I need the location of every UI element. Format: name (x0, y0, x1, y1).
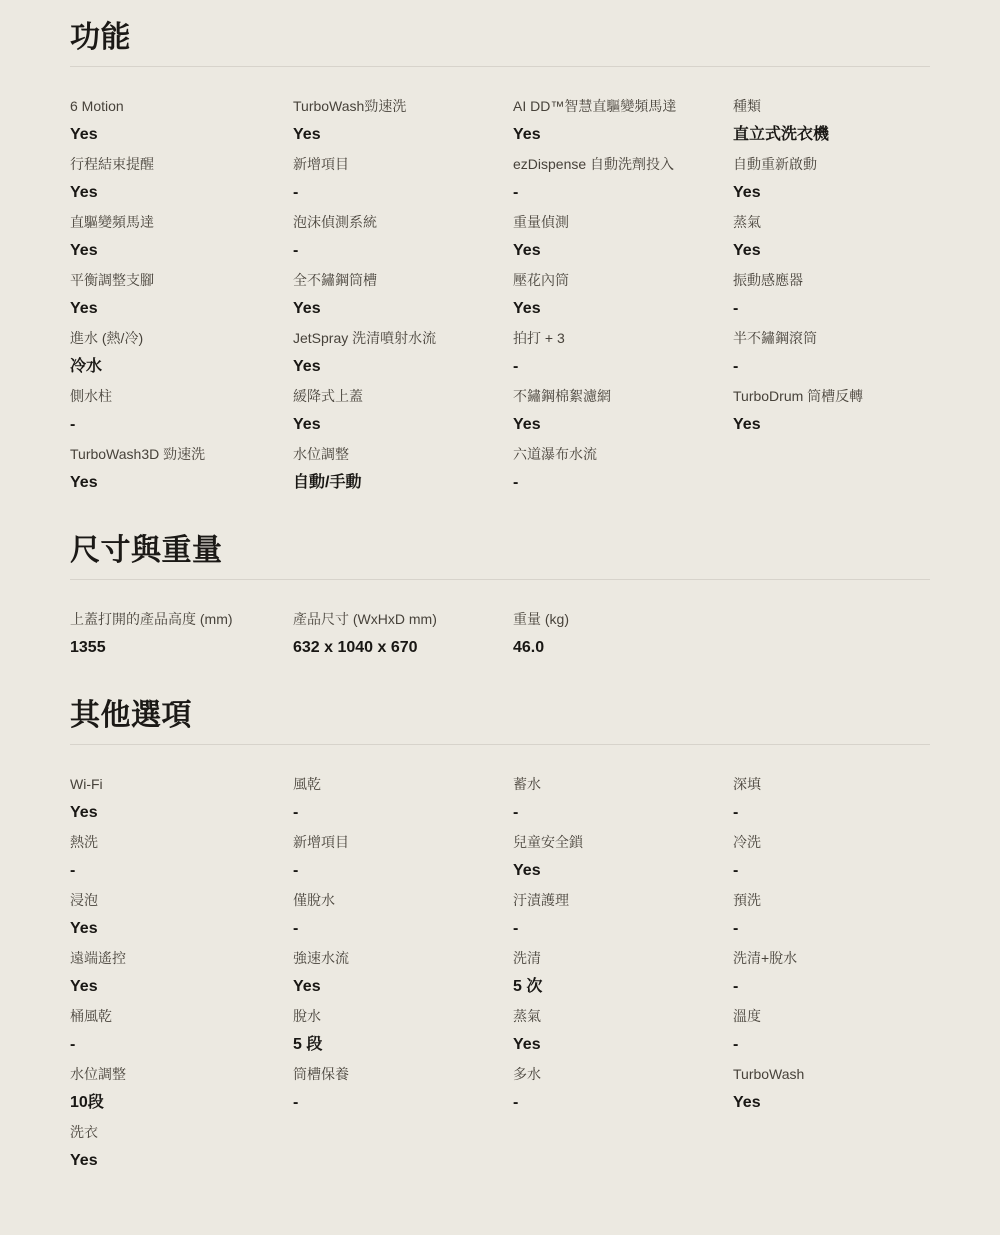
spec-value: - (293, 240, 495, 261)
section-divider (70, 744, 930, 745)
spec-cell: 深填 - (733, 775, 930, 823)
spec-value: Yes (70, 240, 275, 261)
spec-value: Yes (733, 182, 912, 203)
spec-value: - (733, 918, 912, 939)
spec-value: Yes (293, 976, 495, 997)
spec-value: Yes (293, 356, 495, 377)
spec-cell: 上蓋打開的產品高度 (mm) 1355 (70, 610, 293, 658)
spec-cell: 風乾 - (293, 775, 513, 823)
spec-value: Yes (513, 414, 715, 435)
spec-label: 緩降式上蓋 (293, 387, 495, 406)
spec-cell (513, 1123, 733, 1171)
spec-cell: 水位調整 10段 (70, 1065, 293, 1113)
spec-cell: 熱洗 - (70, 833, 293, 881)
spec-label: 新增項目 (293, 833, 495, 852)
spec-cell: 種類 直立式洗衣機 (733, 97, 930, 145)
spec-value: - (733, 298, 912, 319)
spec-label: 水位調整 (70, 1065, 275, 1084)
spec-value: - (733, 802, 912, 823)
spec-label: 產品尺寸 (WxHxD mm) (293, 610, 495, 629)
spec-cell: 壓花內筒 Yes (513, 271, 733, 319)
spec-cell: TurboDrum 筒槽反轉 Yes (733, 387, 930, 435)
spec-value: - (733, 860, 912, 881)
spec-cell: 拍打 + 3 - (513, 329, 733, 377)
spec-value: Yes (733, 240, 912, 261)
spec-cell: 蒸氣 Yes (733, 213, 930, 261)
spec-label: 深填 (733, 775, 912, 794)
spec-cell: 平衡調整支腳 Yes (70, 271, 293, 319)
spec-cell: 重量偵測 Yes (513, 213, 733, 261)
spec-cell: 行程結束提醒 Yes (70, 155, 293, 203)
spec-label: 冷洗 (733, 833, 912, 852)
spec-cell: TurboWash3D 勁速洗 Yes (70, 445, 293, 493)
spec-cell: 新增項目 - (293, 833, 513, 881)
spec-value: - (733, 1034, 912, 1055)
spec-value: - (293, 860, 495, 881)
spec-label: 泡沫偵測系統 (293, 213, 495, 232)
spec-section: 其他選項 Wi-Fi Yes 風乾 - 蓄水 - 深填 - 熱洗 - 新增項目 … (70, 698, 930, 1181)
spec-cell: 水位調整 自動/手動 (293, 445, 513, 493)
spec-cell: 洗清 5 次 (513, 949, 733, 997)
spec-value: - (513, 472, 715, 493)
spec-grid: Wi-Fi Yes 風乾 - 蓄水 - 深填 - 熱洗 - 新增項目 - 兒童安… (70, 775, 930, 1181)
spec-label: 蒸氣 (733, 213, 912, 232)
spec-value: Yes (70, 182, 275, 203)
spec-value: Yes (513, 240, 715, 261)
spec-label: 六道瀑布水流 (513, 445, 715, 464)
spec-section: 尺寸與重量 上蓋打開的產品高度 (mm) 1355 產品尺寸 (WxHxD mm… (70, 533, 930, 668)
spec-cell: 僅脫水 - (293, 891, 513, 939)
spec-cell: 筒槽保養 - (293, 1065, 513, 1113)
spec-label: 預洗 (733, 891, 912, 910)
spec-value: - (733, 976, 912, 997)
spec-label: 新增項目 (293, 155, 495, 174)
spec-cell: 新增項目 - (293, 155, 513, 203)
section-title: 功能 (70, 20, 930, 56)
spec-value: 5 次 (513, 976, 715, 997)
spec-label: 脫水 (293, 1007, 495, 1026)
spec-label: TurboWash勁速洗 (293, 97, 495, 116)
spec-cell: 浸泡 Yes (70, 891, 293, 939)
spec-label: 半不鏽鋼滾筒 (733, 329, 912, 348)
spec-label: 筒槽保養 (293, 1065, 495, 1084)
spec-cell: 洗清+脫水 - (733, 949, 930, 997)
spec-cell: 洗衣 Yes (70, 1123, 293, 1171)
spec-label: 壓花內筒 (513, 271, 715, 290)
spec-value: Yes (293, 124, 495, 145)
spec-value: Yes (293, 414, 495, 435)
spec-cell: 兒童安全鎖 Yes (513, 833, 733, 881)
section-divider (70, 579, 930, 580)
spec-value: - (293, 1092, 495, 1113)
spec-label: 熱洗 (70, 833, 275, 852)
spec-cell: 蓄水 - (513, 775, 733, 823)
spec-label: 僅脫水 (293, 891, 495, 910)
spec-value: 自動/手動 (293, 472, 495, 493)
spec-cell: 泡沫偵測系統 - (293, 213, 513, 261)
spec-value: Yes (513, 124, 715, 145)
spec-value: - (293, 182, 495, 203)
spec-label: JetSpray 洗清噴射水流 (293, 329, 495, 348)
spec-cell: 蒸氣 Yes (513, 1007, 733, 1055)
spec-label: 不鏽鋼棉絮濾網 (513, 387, 715, 406)
spec-value: Yes (70, 802, 275, 823)
spec-label: 多水 (513, 1065, 715, 1084)
spec-value: - (70, 1034, 275, 1055)
spec-cell: 自動重新啟動 Yes (733, 155, 930, 203)
spec-value: - (513, 1092, 715, 1113)
spec-cell: 半不鏽鋼滾筒 - (733, 329, 930, 377)
spec-cell: 桶風乾 - (70, 1007, 293, 1055)
spec-label: 洗衣 (70, 1123, 275, 1142)
spec-value: - (70, 860, 275, 881)
spec-label: 拍打 + 3 (513, 329, 715, 348)
spec-label: 側水柱 (70, 387, 275, 406)
spec-cell (733, 1123, 930, 1171)
spec-cell (293, 1123, 513, 1171)
spec-cell: TurboWash Yes (733, 1065, 930, 1113)
spec-label: 自動重新啟動 (733, 155, 912, 174)
spec-label: 上蓋打開的產品高度 (mm) (70, 610, 275, 629)
spec-value: - (513, 182, 715, 203)
spec-cell: 進水 (熱/冷) 冷水 (70, 329, 293, 377)
spec-value: Yes (513, 298, 715, 319)
spec-value: Yes (733, 414, 912, 435)
spec-value: Yes (70, 918, 275, 939)
spec-label: 溫度 (733, 1007, 912, 1026)
spec-label: TurboDrum 筒槽反轉 (733, 387, 912, 406)
spec-section: 功能 6 Motion Yes TurboWash勁速洗 Yes AI DD™智… (70, 20, 930, 503)
spec-value: Yes (733, 1092, 912, 1113)
spec-value: 直立式洗衣機 (733, 124, 912, 145)
spec-sections-container: 功能 6 Motion Yes TurboWash勁速洗 Yes AI DD™智… (70, 20, 930, 1181)
spec-label: 種類 (733, 97, 912, 116)
spec-cell: 多水 - (513, 1065, 733, 1113)
spec-value: 632 x 1040 x 670 (293, 637, 495, 658)
spec-value: 5 段 (293, 1034, 495, 1055)
spec-cell: 溫度 - (733, 1007, 930, 1055)
spec-cell (733, 445, 930, 493)
spec-cell: 冷洗 - (733, 833, 930, 881)
spec-value: - (293, 802, 495, 823)
spec-cell: Wi-Fi Yes (70, 775, 293, 823)
spec-label: 兒童安全鎖 (513, 833, 715, 852)
spec-cell: 重量 (kg) 46.0 (513, 610, 733, 658)
spec-label: 重量 (kg) (513, 610, 715, 629)
spec-label: AI DD™智慧直驅變頻馬達 (513, 97, 715, 116)
spec-grid: 6 Motion Yes TurboWash勁速洗 Yes AI DD™智慧直驅… (70, 97, 930, 503)
spec-label: 蒸氣 (513, 1007, 715, 1026)
spec-value: Yes (70, 976, 275, 997)
spec-value: - (293, 918, 495, 939)
spec-value: - (513, 802, 715, 823)
spec-label: 平衡調整支腳 (70, 271, 275, 290)
spec-value: Yes (293, 298, 495, 319)
spec-label: 蓄水 (513, 775, 715, 794)
section-title: 其他選項 (70, 698, 930, 734)
spec-value: 冷水 (70, 356, 275, 377)
spec-cell: TurboWash勁速洗 Yes (293, 97, 513, 145)
spec-cell: 脫水 5 段 (293, 1007, 513, 1055)
spec-label: TurboWash (733, 1065, 912, 1084)
spec-value: Yes (513, 1034, 715, 1055)
spec-label: 6 Motion (70, 97, 275, 116)
spec-value: Yes (70, 298, 275, 319)
product-spec-page: 功能 6 Motion Yes TurboWash勁速洗 Yes AI DD™智… (0, 0, 1000, 1235)
spec-cell: 六道瀑布水流 - (513, 445, 733, 493)
spec-label: 進水 (熱/冷) (70, 329, 275, 348)
spec-value: - (513, 356, 715, 377)
spec-value: 1355 (70, 637, 275, 658)
spec-value: 10段 (70, 1092, 275, 1113)
spec-cell: 直驅變頻馬達 Yes (70, 213, 293, 261)
spec-cell: AI DD™智慧直驅變頻馬達 Yes (513, 97, 733, 145)
spec-label: 洗清 (513, 949, 715, 968)
spec-value: Yes (513, 860, 715, 881)
spec-cell: 緩降式上蓋 Yes (293, 387, 513, 435)
spec-cell: 遠端遙控 Yes (70, 949, 293, 997)
spec-cell (733, 610, 930, 658)
spec-cell: 全不鏽鋼筒槽 Yes (293, 271, 513, 319)
spec-label: 直驅變頻馬達 (70, 213, 275, 232)
spec-value: - (70, 414, 275, 435)
spec-label: ezDispense 自動洗劑投入 (513, 155, 715, 174)
spec-cell: 汙漬護理 - (513, 891, 733, 939)
spec-label: 振動感應器 (733, 271, 912, 290)
spec-value: Yes (70, 124, 275, 145)
spec-cell: JetSpray 洗清噴射水流 Yes (293, 329, 513, 377)
spec-grid: 上蓋打開的產品高度 (mm) 1355 產品尺寸 (WxHxD mm) 632 … (70, 610, 930, 668)
spec-value: - (513, 918, 715, 939)
section-divider (70, 66, 930, 67)
spec-label: 重量偵測 (513, 213, 715, 232)
spec-label: Wi-Fi (70, 775, 275, 794)
spec-label: 全不鏽鋼筒槽 (293, 271, 495, 290)
spec-cell: ezDispense 自動洗劑投入 - (513, 155, 733, 203)
spec-cell: 不鏽鋼棉絮濾網 Yes (513, 387, 733, 435)
spec-label: 水位調整 (293, 445, 495, 464)
spec-cell: 產品尺寸 (WxHxD mm) 632 x 1040 x 670 (293, 610, 513, 658)
spec-cell: 6 Motion Yes (70, 97, 293, 145)
spec-value: Yes (70, 472, 275, 493)
spec-label: 遠端遙控 (70, 949, 275, 968)
spec-value: - (733, 356, 912, 377)
spec-label: 行程結束提醒 (70, 155, 275, 174)
spec-label: 浸泡 (70, 891, 275, 910)
spec-cell: 側水柱 - (70, 387, 293, 435)
spec-label: 洗清+脫水 (733, 949, 912, 968)
spec-label: 風乾 (293, 775, 495, 794)
spec-label: 桶風乾 (70, 1007, 275, 1026)
section-title: 尺寸與重量 (70, 533, 930, 569)
spec-label: 強速水流 (293, 949, 495, 968)
spec-value: 46.0 (513, 637, 715, 658)
spec-cell: 振動感應器 - (733, 271, 930, 319)
spec-cell: 預洗 - (733, 891, 930, 939)
spec-label: 汙漬護理 (513, 891, 715, 910)
spec-cell: 強速水流 Yes (293, 949, 513, 997)
spec-label: TurboWash3D 勁速洗 (70, 445, 275, 464)
